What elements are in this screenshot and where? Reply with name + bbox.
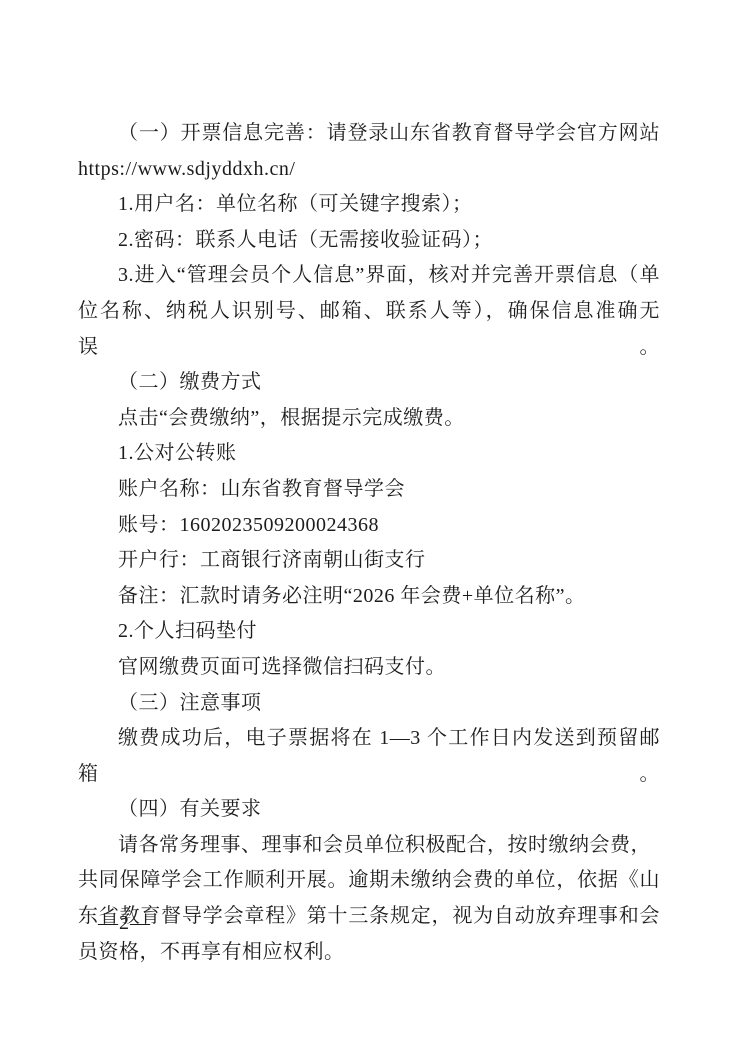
doc-line-step3-a: 3.进入“管理会员个人信息”界面，核对并完善开票信息（单	[78, 258, 660, 294]
doc-line-step3-b: 位名称、纳税人识别号、邮箱、联系人等），确保信息准确无误。	[78, 294, 660, 365]
doc-line-requirement-a: 请各常务理事、理事和会员单位积极配合，按时缴纳会费，	[78, 828, 660, 864]
doc-line-requirement-d: 员资格，不再享有相应权利。	[78, 935, 660, 971]
doc-line-section-3-heading: （三）注意事项	[78, 686, 660, 722]
doc-line-transfer-heading: 1.公对公转账	[78, 436, 660, 472]
doc-line-bank-branch: 开户行：工商银行济南朝山街支行	[78, 543, 660, 579]
doc-line-invoice-delivery: 缴费成功后，电子票据将在 1—3 个工作日内发送到预留邮箱。	[78, 721, 660, 792]
doc-line-section-2-heading: （二）缴费方式	[78, 365, 660, 401]
doc-line-requirement-b: 共同保障学会工作顺利开展。逾期未缴纳会费的单位，依据《山	[78, 863, 660, 899]
doc-line-requirement-c: 东省教育督导学会章程》第十三条规定，视为自动放弃理事和会	[78, 899, 660, 935]
doc-line-section-4-heading: （四）有关要求	[78, 792, 660, 828]
doc-line-username: 1.用户名：单位名称（可关键字搜索）；	[78, 187, 660, 223]
doc-line-scan-pay-heading: 2.个人扫码垫付	[78, 614, 660, 650]
doc-line-password: 2.密码：联系人电话（无需接收验证码）；	[78, 223, 660, 259]
doc-line-section-1-heading: （一）开票信息完善：请登录山东省教育督导学会官方网站	[78, 116, 660, 152]
doc-line-remark: 备注：汇款时请务必注明“2026 年会费+单位名称”。	[78, 579, 660, 615]
page-number: —2—	[98, 912, 151, 935]
document-body: （一）开票信息完善：请登录山东省教育督导学会官方网站 https://www.s…	[78, 116, 660, 970]
doc-line-wechat-pay: 官网缴费页面可选择微信扫码支付。	[78, 650, 660, 686]
doc-line-account-name: 账户名称：山东省教育督导学会	[78, 472, 660, 508]
doc-line-pay-instruction: 点击“会费缴纳”，根据提示完成缴费。	[78, 401, 660, 437]
doc-line-website-url: https://www.sdjyddxh.cn/	[78, 152, 660, 188]
document-page: （一）开票信息完善：请登录山东省教育督导学会官方网站 https://www.s…	[0, 0, 733, 1037]
doc-line-account-number: 账号：1602023509200024368	[78, 508, 660, 544]
